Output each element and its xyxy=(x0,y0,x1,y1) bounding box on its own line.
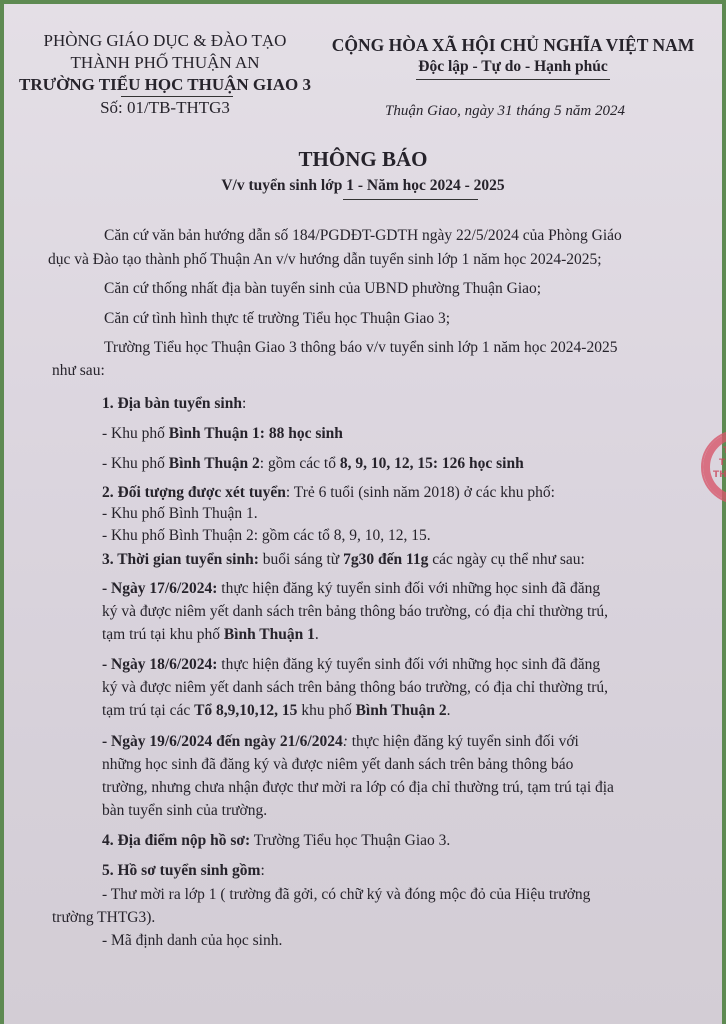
section-5-item: - Thư mời ra lớp 1 ( trường đã gởi, có c… xyxy=(102,883,590,907)
header-underline xyxy=(121,96,233,97)
section-2-item: - Khu phố Bình Thuận 1. xyxy=(102,502,258,526)
day-1-line: tạm trú tại khu phố Bình Thuận 1. xyxy=(102,623,319,647)
section-4-line: 4. Địa điểm nộp hồ sơ: Trường Tiểu học T… xyxy=(102,829,450,853)
day-1-line: ký và được niêm yết danh sách trên bảng … xyxy=(102,600,608,624)
preamble-line: Căn cứ văn bản hướng dẫn số 184/PGDĐT-GD… xyxy=(104,224,622,248)
day-3-line: - Ngày 19/6/2024 đến ngày 21/6/2024: thự… xyxy=(102,730,579,754)
preamble-line: Căn cứ tình hình thực tế trường Tiểu học… xyxy=(104,307,450,331)
day-2-line: tạm trú tại các Tổ 8,9,10,12, 15 khu phố… xyxy=(102,699,451,723)
preamble-line: dục và Đào tạo thành phố Thuận An v/v hư… xyxy=(48,248,602,272)
section-5-item: - Mã định danh của học sinh. xyxy=(102,929,282,953)
place-date: Thuận Giao, ngày 31 tháng 5 năm 2024 xyxy=(385,103,625,120)
section-1-item: - Khu phố Bình Thuận 2: gồm các tổ 8, 9,… xyxy=(102,452,524,476)
section-1-item: - Khu phố Bình Thuận 1: 88 học sinh xyxy=(102,422,343,446)
preamble-line: Căn cứ thống nhất địa bàn tuyển sinh của… xyxy=(104,277,541,301)
stamp-text: TIỂ xyxy=(719,458,726,468)
section-1-heading: 1. Địa bàn tuyển sinh: xyxy=(102,392,246,416)
day-2-line: ký và được niêm yết danh sách trên bảng … xyxy=(102,676,608,700)
document-subtitle: V/v tuyển sinh lớp 1 - Năm học 2024 - 20… xyxy=(0,177,726,195)
day-3-line: trường, nhưng chưa nhận được thư mời ra … xyxy=(102,776,614,800)
section-5-item: trường THTG3). xyxy=(52,906,155,930)
section-2-item: - Khu phố Bình Thuận 2: gồm các tổ 8, 9,… xyxy=(102,524,431,548)
day-3-line: những học sinh đã đăng ký và được niêm y… xyxy=(102,753,573,777)
stamp-text: THUẬ xyxy=(713,470,726,480)
day-3-line: bàn tuyển sinh của trường. xyxy=(102,799,267,823)
department-name: PHÒNG GIÁO DỤC & ĐÀO TẠO xyxy=(0,30,330,52)
section-3-heading: 3. Thời gian tuyển sinh: buổi sáng từ 7g… xyxy=(102,548,585,572)
preamble-line: như sau: xyxy=(52,359,105,383)
subtitle-underline xyxy=(343,199,478,200)
school-name: TRƯỜNG TIỂU HỌC THUẬN GIAO 3 xyxy=(0,74,330,96)
day-2-line: - Ngày 18/6/2024: thực hiện đăng ký tuyể… xyxy=(102,653,600,677)
document-number: Số: 01/TB-THTG3 xyxy=(0,97,330,119)
national-motto: Độc lập - Tự do - Hạnh phúc xyxy=(416,56,609,80)
issuer-header: PHÒNG GIÁO DỤC & ĐÀO TẠO THÀNH PHỐ THUẬN… xyxy=(0,30,330,119)
city-name: THÀNH PHỐ THUẬN AN xyxy=(0,52,330,74)
nation-name: CỘNG HÒA XÃ HỘI CHỦ NGHĨA VIỆT NAM xyxy=(300,34,726,56)
preamble-line: Trường Tiểu học Thuận Giao 3 thông báo v… xyxy=(104,336,617,360)
section-5-heading: 5. Hồ sơ tuyển sinh gồm: xyxy=(102,859,265,883)
day-1-line: - Ngày 17/6/2024: thực hiện đăng ký tuyể… xyxy=(102,577,600,601)
national-header: CỘNG HÒA XÃ HỘI CHỦ NGHĨA VIỆT NAM Độc l… xyxy=(300,34,726,80)
document-title: THÔNG BÁO xyxy=(0,147,726,172)
